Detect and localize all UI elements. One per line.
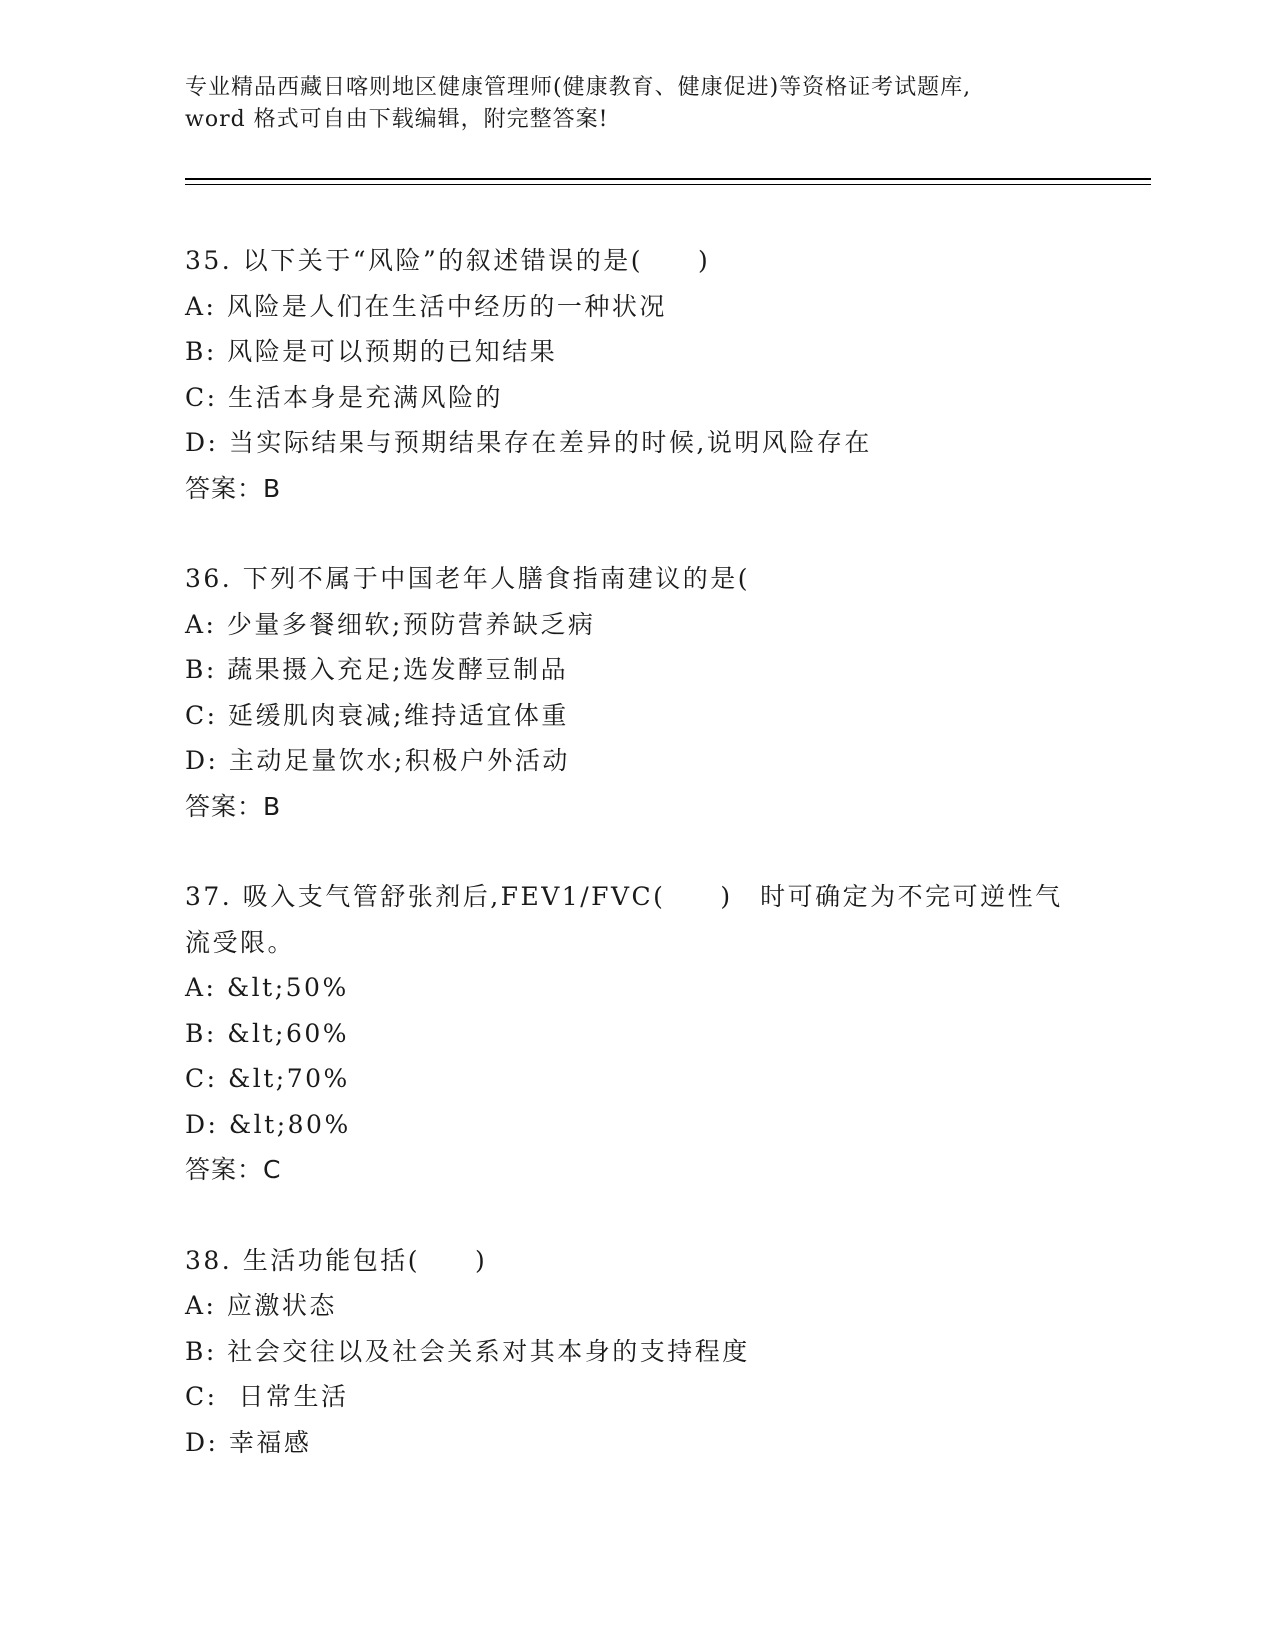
question-stem: 36. 下列不属于中国老年人膳食指南建议的是( <box>185 556 1065 602</box>
option-c: C: 生活本身是充满风险的 <box>185 375 1085 421</box>
header-line-2: word 格式可自由下载编辑，附完整答案! <box>185 104 1085 136</box>
option-b: B: 风险是可以预期的已知结果 <box>185 329 1085 375</box>
document-header: 专业精品西藏日喀则地区健康管理师(健康教育、健康促进)等资格证考试题库, wor… <box>185 72 1085 136</box>
question-38: 38. 生活功能包括( ) A: 应激状态 B: 社会交往以及社会关系对其本身的… <box>185 1238 1085 1466</box>
option-c: C: &lt;70% <box>185 1056 1085 1102</box>
question-36: 36. 下列不属于中国老年人膳食指南建议的是( A: 少量多餐细软;预防营养缺乏… <box>185 556 1085 829</box>
option-d: D: &lt;80% <box>185 1102 1085 1148</box>
header-divider-thin <box>185 184 1151 185</box>
option-a: A: &lt;50% <box>185 965 1085 1011</box>
answer: 答案：B <box>185 466 1085 512</box>
option-a: A: 少量多餐细软;预防营养缺乏病 <box>185 602 1085 648</box>
option-c: C: 日常生活 <box>185 1374 1085 1420</box>
answer: 答案：C <box>185 1147 1085 1193</box>
header-line-1: 专业精品西藏日喀则地区健康管理师(健康教育、健康促进)等资格证考试题库, <box>185 72 1085 104</box>
option-d: D: 主动足量饮水;积极户外活动 <box>185 738 1085 784</box>
option-b: B: &lt;60% <box>185 1011 1085 1057</box>
answer: 答案：B <box>185 784 1085 830</box>
question-list: 35. 以下关于“风险”的叙述错误的是( ) A: 风险是人们在生活中经历的一种… <box>185 238 1085 1510</box>
question-stem: 38. 生活功能包括( ) <box>185 1238 1065 1284</box>
question-37: 37. 吸入支气管舒张剂后,FEV1/FVC( ) 时可确定为不完可逆性气流受限… <box>185 874 1085 1193</box>
question-stem: 35. 以下关于“风险”的叙述错误的是( ) <box>185 238 1065 284</box>
option-d: D: 当实际结果与预期结果存在差异的时候,说明风险存在 <box>185 420 1085 466</box>
option-c: C: 延缓肌肉衰减;维持适宜体重 <box>185 693 1085 739</box>
header-divider-thick <box>185 178 1151 180</box>
option-a: A: 应激状态 <box>185 1283 1085 1329</box>
option-b: B: 蔬果摄入充足;选发酵豆制品 <box>185 647 1085 693</box>
question-stem: 37. 吸入支气管舒张剂后,FEV1/FVC( ) 时可确定为不完可逆性气流受限… <box>185 874 1065 965</box>
option-a: A: 风险是人们在生活中经历的一种状况 <box>185 284 1085 330</box>
option-b: B: 社会交往以及社会关系对其本身的支持程度 <box>185 1329 1085 1375</box>
question-35: 35. 以下关于“风险”的叙述错误的是( ) A: 风险是人们在生活中经历的一种… <box>185 238 1085 511</box>
option-d: D: 幸福感 <box>185 1420 1085 1466</box>
